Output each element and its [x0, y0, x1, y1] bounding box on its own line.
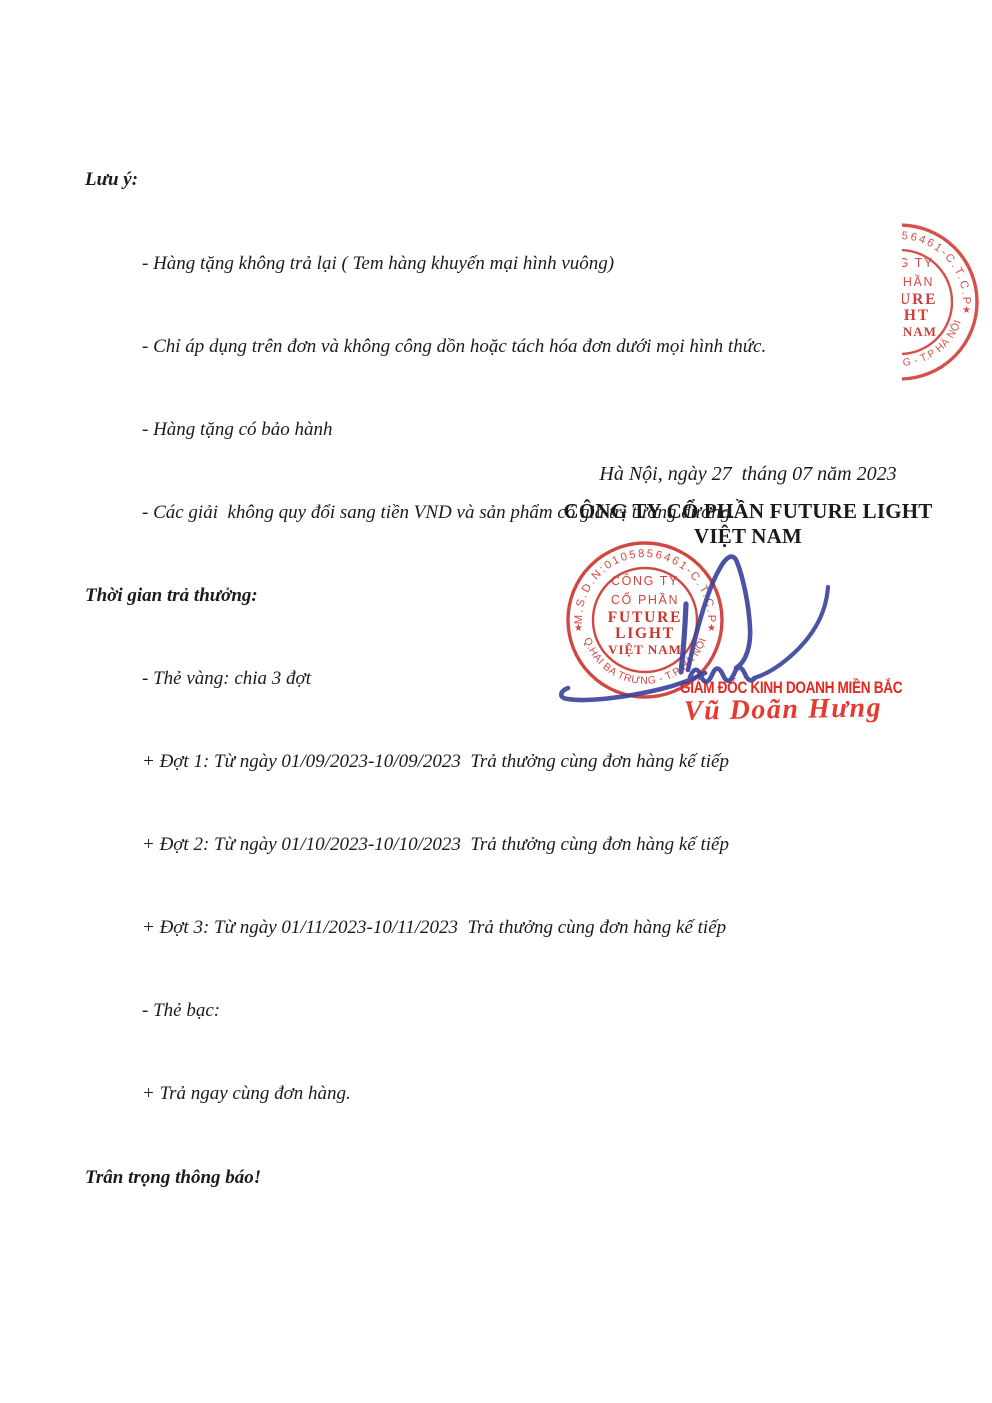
- closing-line: Trân trọng thông báo!: [85, 1164, 845, 1192]
- company-name-line1: CÔNG TY CỔ PHẦN FUTURE LIGHT: [548, 499, 948, 524]
- stamp-center-line3: FUTURE: [902, 291, 937, 308]
- note-item: - Chỉ áp dụng trên đơn và không công dồn…: [85, 333, 845, 361]
- stamp-star-right-icon: ★: [962, 305, 971, 316]
- schedule-item: + Trả ngay cùng đơn hàng.: [85, 1080, 845, 1108]
- company-stamp-partial: M.S.D.N:0105856461-C.T.C.P Q.HAI BA TRƯN…: [902, 222, 979, 382]
- signature-strokes: [561, 557, 828, 700]
- stamp-center-line1: CÔNG TY: [902, 255, 934, 270]
- schedule-item: - Thẻ bạc:: [85, 997, 845, 1025]
- stamp-center-line4: LIGHT: [902, 307, 930, 324]
- date-line: Hà Nội, ngày 27 tháng 07 năm 2023: [548, 463, 948, 486]
- notes-heading: Lưu ý:: [85, 166, 845, 194]
- schedule-item: + Đợt 2: Từ ngày 01/10/2023-10/10/2023 T…: [85, 831, 845, 859]
- schedule-item: + Đợt 3: Từ ngày 01/11/2023-10/11/2023 T…: [85, 914, 845, 942]
- stamp-center-line2: CỔ PHẦN: [902, 274, 934, 289]
- handwritten-signature: [540, 530, 860, 715]
- stamp-center-line5: VIỆT NAM: [902, 324, 937, 339]
- stamp-icon: M.S.D.N:0105856461-C.T.C.P Q.HAI BA TRƯN…: [902, 222, 979, 382]
- document-page: { "notes": { "heading": "Lưu ý:", "item1…: [0, 0, 992, 1403]
- note-item: - Hàng tặng không trả lại ( Tem hàng khu…: [85, 250, 845, 278]
- note-item: - Hàng tặng có bảo hành: [85, 416, 845, 444]
- schedule-item: + Đợt 1: Từ ngày 01/09/2023-10/09/2023 T…: [85, 748, 845, 776]
